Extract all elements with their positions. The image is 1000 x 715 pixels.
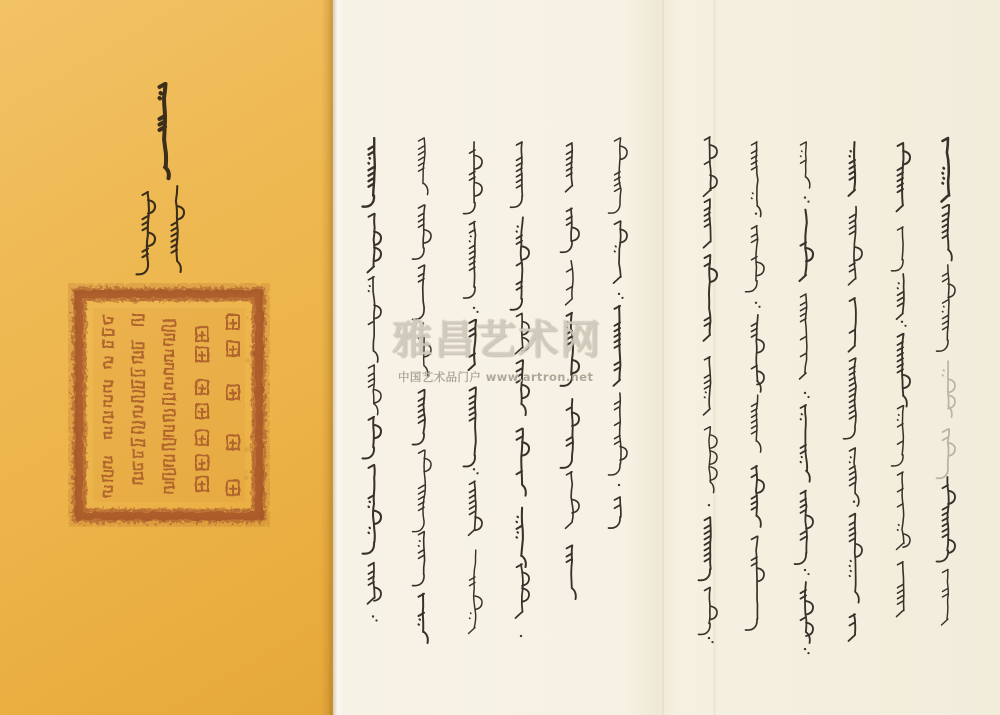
script-stroke	[801, 142, 810, 188]
script-stroke	[561, 399, 580, 468]
manchu-script-layer	[0, 0, 1000, 715]
script-stroke	[897, 562, 904, 617]
script-stroke	[699, 588, 718, 635]
script-stroke	[413, 205, 432, 259]
script-dot	[473, 468, 475, 470]
script-stroke	[704, 199, 711, 248]
script-dot	[904, 325, 906, 327]
script-stroke	[897, 472, 911, 549]
script-stroke	[850, 514, 863, 603]
script-stroke	[849, 142, 856, 196]
script-stroke	[464, 222, 476, 298]
script-dot	[476, 311, 478, 313]
script-stroke	[369, 277, 382, 362]
script-dot	[856, 505, 858, 507]
script-stroke	[943, 205, 952, 261]
script-stroke	[705, 427, 718, 493]
script-stroke	[413, 390, 426, 445]
script-stroke	[609, 497, 621, 528]
document-photo: 雅昌艺术网 中国艺术品门户 www.artron.net	[0, 0, 1000, 715]
script-stroke	[897, 143, 911, 211]
script-stroke	[892, 227, 904, 271]
script-dot	[711, 641, 713, 643]
script-dot	[375, 619, 377, 621]
script-dot	[708, 637, 710, 639]
script-dot	[473, 307, 475, 309]
script-stroke	[942, 570, 949, 626]
script-stroke	[566, 472, 580, 529]
script-stroke	[363, 465, 382, 554]
script-stroke	[614, 306, 621, 386]
script-stroke	[137, 192, 156, 274]
script-stroke	[561, 313, 580, 386]
script-dot	[807, 396, 809, 398]
script-stroke	[746, 536, 765, 630]
script-stroke	[516, 564, 530, 618]
script-stroke	[368, 563, 382, 604]
script-stroke	[566, 261, 574, 305]
script-stroke	[752, 466, 765, 527]
script-dot	[807, 652, 809, 654]
script-stroke	[699, 517, 711, 580]
script-stroke	[704, 137, 718, 196]
script-dot	[708, 504, 710, 506]
script-stroke	[369, 365, 382, 415]
script-stroke	[892, 406, 904, 466]
script-dot	[758, 306, 760, 308]
script-dot	[807, 201, 809, 203]
script-stroke	[704, 357, 711, 415]
script-stroke	[609, 138, 628, 213]
script-dot	[804, 648, 806, 650]
script-stroke	[752, 142, 761, 217]
script-dot	[804, 196, 806, 198]
script-stroke	[511, 217, 530, 309]
script-dot	[422, 322, 424, 324]
script-stroke	[937, 477, 956, 562]
script-stroke	[368, 214, 382, 273]
script-stroke	[752, 395, 761, 452]
script-dot	[372, 615, 374, 617]
script-stroke	[363, 417, 382, 459]
script-dot	[901, 321, 903, 323]
script-stroke	[561, 208, 580, 252]
script-stroke	[850, 448, 859, 504]
script-stroke	[898, 334, 911, 407]
script-stroke	[937, 429, 956, 478]
script-stroke	[849, 614, 856, 641]
script-dot	[618, 293, 620, 295]
script-stroke	[511, 142, 523, 207]
script-stroke	[160, 84, 169, 178]
script-stroke	[363, 138, 375, 207]
script-stroke	[419, 336, 432, 377]
script-stroke	[752, 315, 765, 392]
script-stroke	[849, 207, 863, 285]
script-stroke	[849, 298, 856, 352]
script-stroke	[943, 361, 956, 417]
script-stroke	[897, 274, 904, 319]
script-dot	[618, 484, 620, 486]
script-stroke	[942, 138, 950, 202]
script-dot	[853, 501, 855, 503]
script-stroke	[419, 138, 428, 195]
script-stroke	[844, 358, 857, 439]
script-stroke	[516, 313, 530, 353]
script-stroke	[800, 210, 814, 281]
script-stroke	[614, 221, 628, 283]
script-stroke	[800, 294, 807, 379]
script-stroke	[469, 550, 483, 633]
script-dot	[476, 472, 478, 474]
script-dot	[804, 392, 806, 394]
script-stroke	[609, 393, 628, 475]
script-dot	[755, 212, 757, 214]
script-stroke	[464, 142, 483, 214]
script-stroke	[795, 491, 814, 564]
script-stroke	[469, 481, 483, 535]
script-stroke	[469, 320, 477, 370]
script-stroke	[419, 594, 428, 643]
script-stroke	[937, 265, 956, 351]
script-dot	[807, 573, 809, 575]
script-stroke	[746, 226, 765, 292]
script-stroke	[413, 265, 425, 319]
script-stroke	[413, 532, 425, 586]
script-stroke	[517, 429, 530, 496]
script-stroke	[801, 405, 810, 482]
script-stroke	[704, 255, 718, 341]
script-stroke	[801, 582, 814, 643]
script-stroke	[172, 186, 185, 272]
script-dot	[621, 297, 623, 299]
script-stroke	[413, 450, 432, 531]
script-stroke	[566, 143, 573, 192]
script-stroke	[517, 360, 530, 415]
script-dot	[804, 569, 806, 571]
script-stroke	[517, 508, 526, 567]
script-dot	[755, 302, 757, 304]
script-dot	[520, 635, 522, 637]
script-stroke	[567, 545, 576, 599]
script-stroke	[464, 388, 476, 467]
